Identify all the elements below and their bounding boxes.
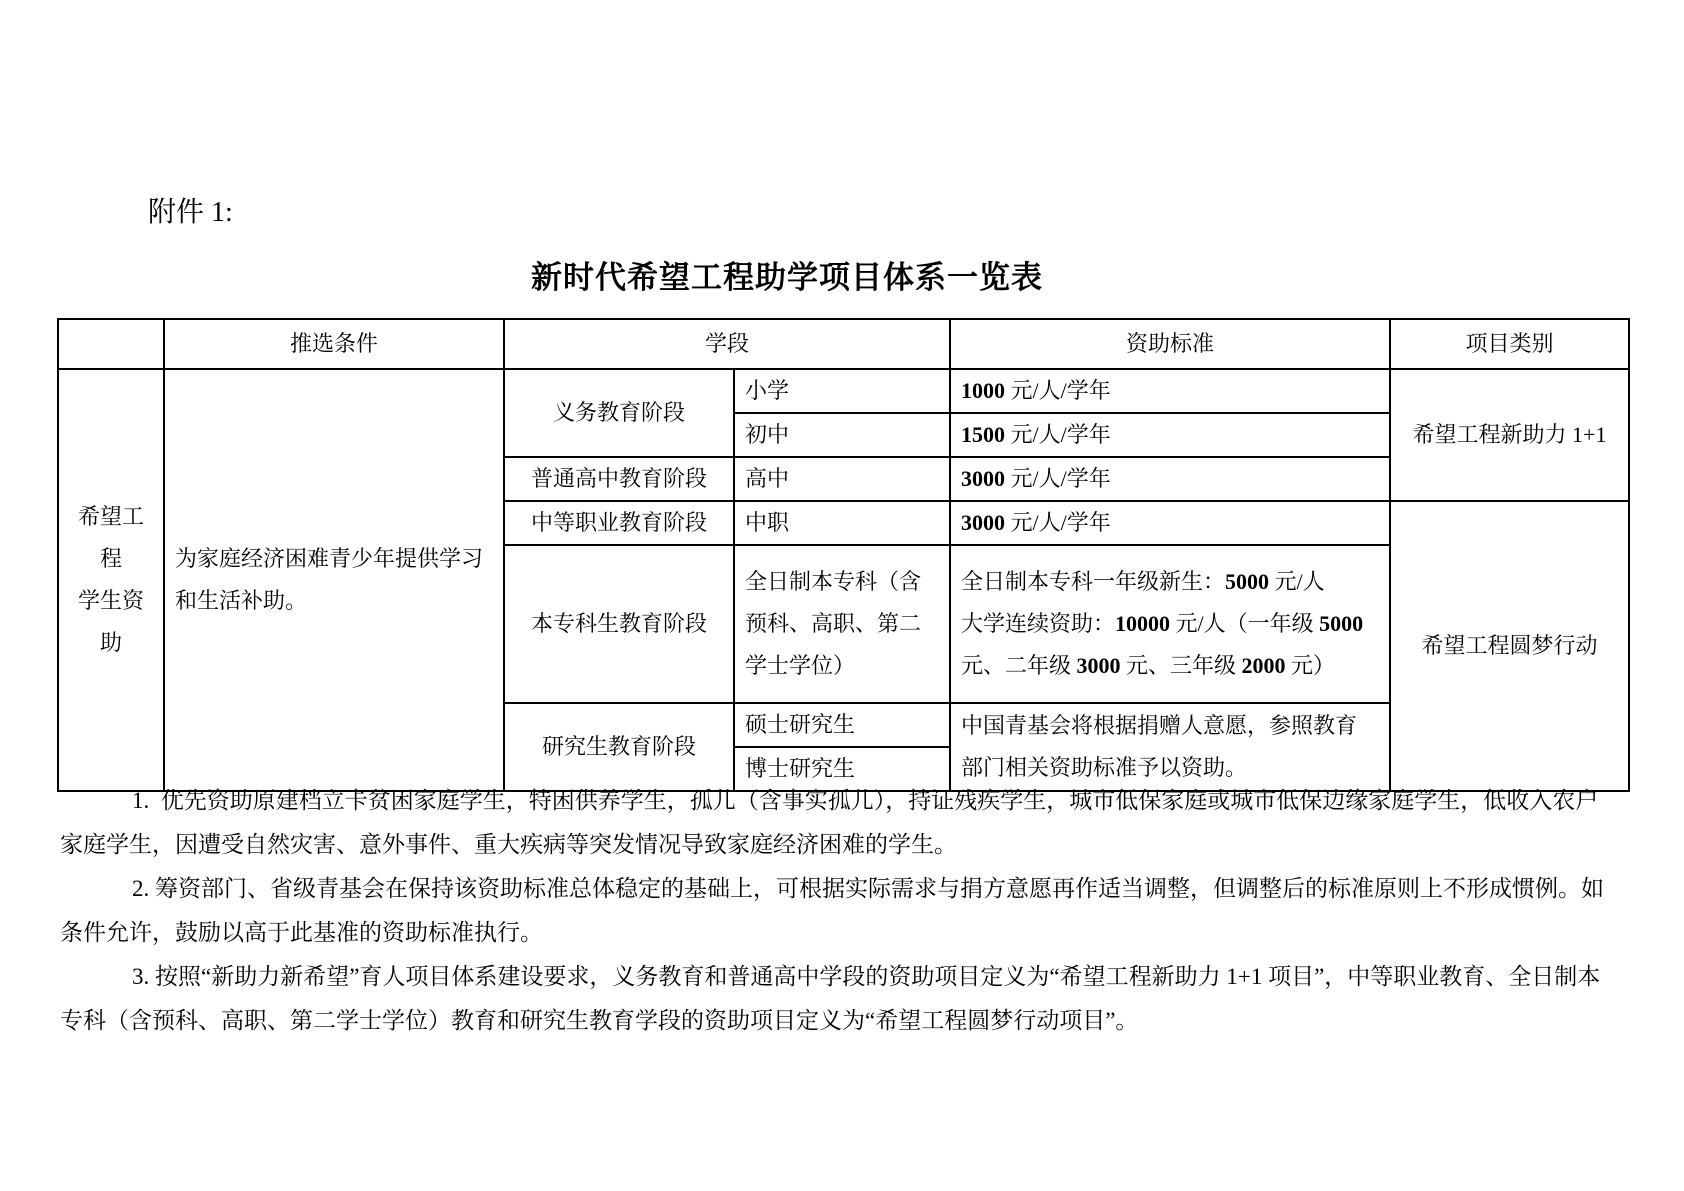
header-criteria: 推选条件 bbox=[164, 319, 504, 369]
cell-standard-undergraduate: 全日制本专科一年级新生：5000 元/人 大学连续资助：10000 元/人（一年… bbox=[950, 545, 1390, 703]
cell-standard-graduate: 中国青基会将根据捐赠人意愿，参照教育 部门相关资助标准予以资助。 bbox=[950, 703, 1390, 791]
cell-stage-group-undergraduate: 本专科生教育阶段 bbox=[504, 545, 734, 703]
cell-stage-group-compulsory: 义务教育阶段 bbox=[504, 369, 734, 457]
cell-criteria: 为家庭经济困难青少年提供学习 和生活补助。 bbox=[164, 369, 504, 791]
cell-stage-group-secondary-vocational: 中等职业教育阶段 bbox=[504, 501, 734, 545]
header-standard: 资助标准 bbox=[950, 319, 1390, 369]
cell-stage-vocational: 中职 bbox=[734, 501, 950, 545]
cell-category-new-power: 希望工程新助力 1+1 bbox=[1390, 369, 1629, 501]
note-2: 2. 筹资部门、省级青基会在保持该资助标准总体稳定的基础上，可根据实际需求与捐方… bbox=[60, 867, 1614, 955]
header-category: 项目类别 bbox=[1390, 319, 1629, 369]
header-stage: 学段 bbox=[504, 319, 950, 369]
document-page: 附件 1: 新时代希望工程助学项目体系一览表 推选条件 学段 资助标准 项目类别… bbox=[0, 0, 1684, 1191]
cell-stage-group-regular-high: 普通高中教育阶段 bbox=[504, 457, 734, 501]
table-header-row: 推选条件 学段 资助标准 项目类别 bbox=[58, 319, 1629, 369]
header-empty bbox=[58, 319, 164, 369]
cell-category-dream-action: 希望工程圆梦行动 bbox=[1390, 501, 1629, 791]
aid-program-table: 推选条件 学段 资助标准 项目类别 希望工程 学生资助 为家庭经济困难青少年提供… bbox=[57, 318, 1630, 792]
cell-stage-primary: 小学 bbox=[734, 369, 950, 413]
cell-stage-undergraduate: 全日制本专科（含预科、高职、第二学士学位） bbox=[734, 545, 950, 703]
notes-section: 1. 优先资助原建档立卡贫困家庭学生，特困供养学生，孤儿（含事实孤儿），持证残疾… bbox=[60, 779, 1614, 1043]
cell-program-name: 希望工程 学生资助 bbox=[58, 369, 164, 791]
cell-standard-primary: 1000 元/人/学年 bbox=[950, 369, 1390, 413]
cell-standard-senior: 3000 元/人/学年 bbox=[950, 457, 1390, 501]
cell-stage-senior: 高中 bbox=[734, 457, 950, 501]
page-title: 新时代希望工程助学项目体系一览表 bbox=[57, 252, 1517, 297]
table-row-primary: 希望工程 学生资助 为家庭经济困难青少年提供学习 和生活补助。 义务教育阶段 小… bbox=[58, 369, 1629, 413]
cell-standard-junior: 1500 元/人/学年 bbox=[950, 413, 1390, 457]
attachment-label: 附件 1: bbox=[148, 190, 233, 230]
cell-stage-master: 硕士研究生 bbox=[734, 703, 950, 747]
note-3: 3. 按照“新助力新希望”育人项目体系建设要求，义务教育和普通高中学段的资助项目… bbox=[60, 955, 1614, 1043]
note-1: 1. 优先资助原建档立卡贫困家庭学生，特困供养学生，孤儿（含事实孤儿），持证残疾… bbox=[60, 779, 1614, 867]
cell-stage-junior: 初中 bbox=[734, 413, 950, 457]
cell-stage-group-graduate: 研究生教育阶段 bbox=[504, 703, 734, 791]
cell-standard-vocational: 3000 元/人/学年 bbox=[950, 501, 1390, 545]
